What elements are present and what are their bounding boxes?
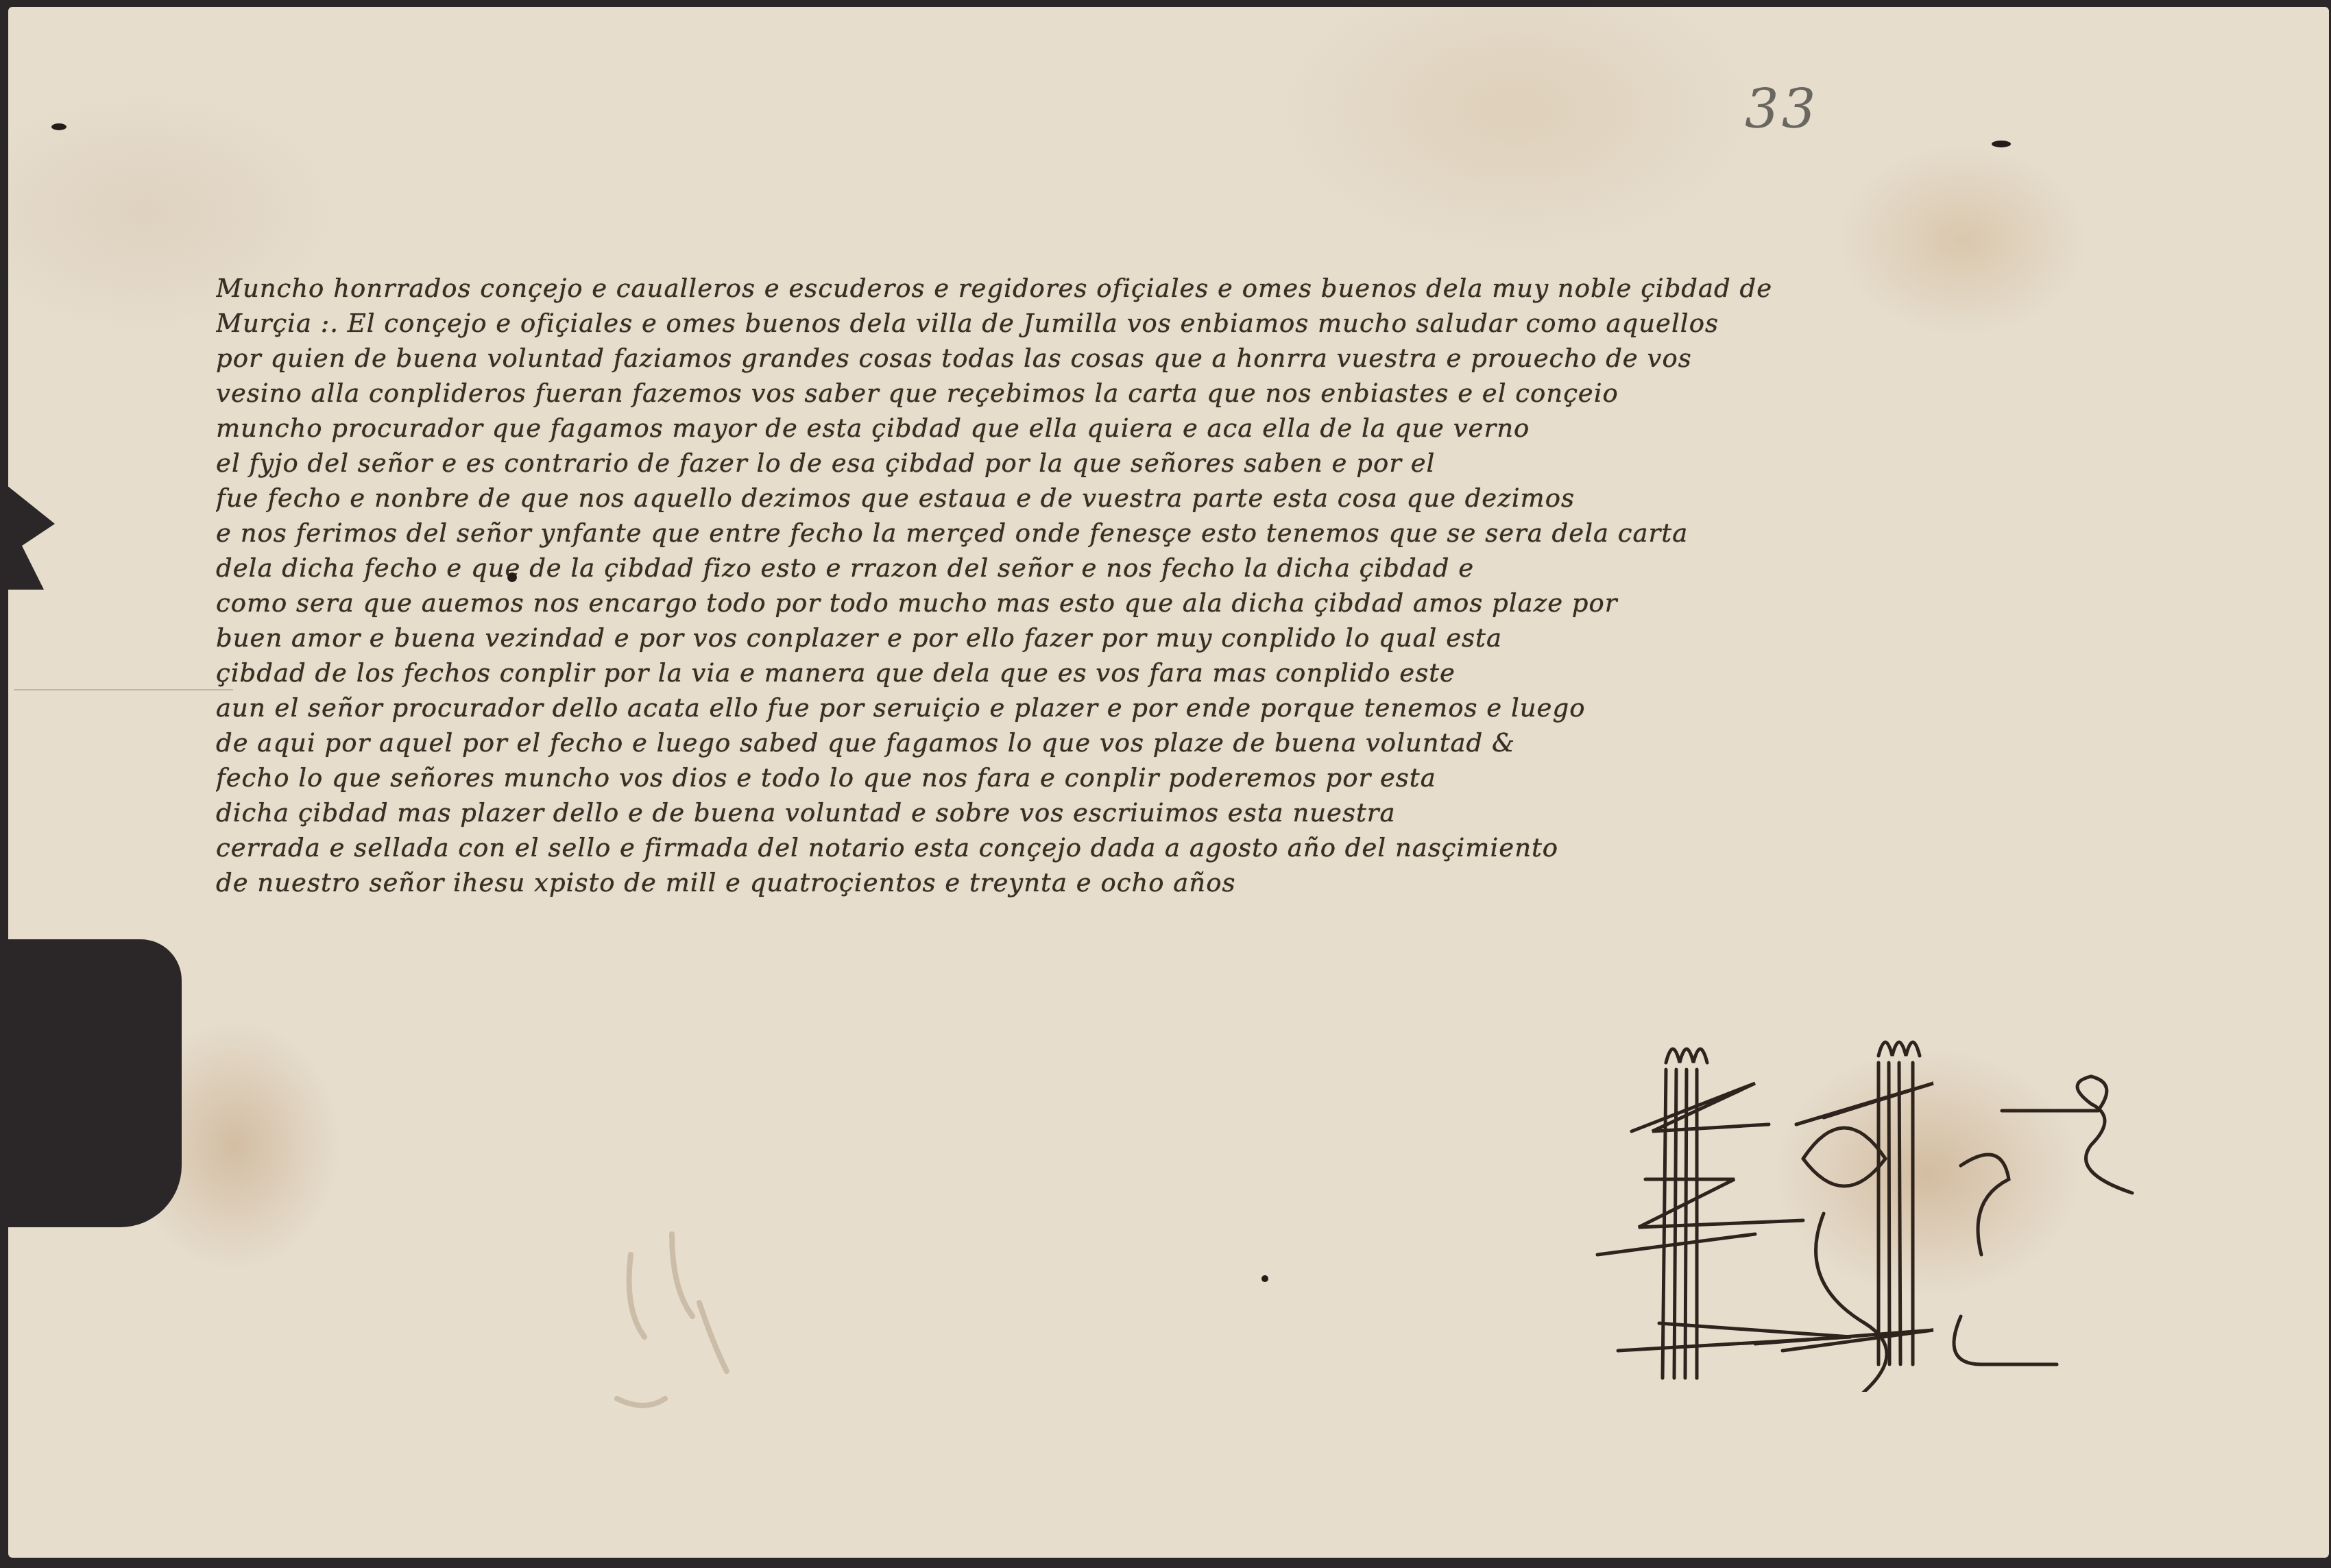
- faded-offset-marks: [603, 1193, 761, 1426]
- text-line: por quien de buena voluntad faziamos gra…: [216, 341, 2122, 376]
- text-line: dela dicha fecho e que de la çibdad fizo…: [216, 551, 2122, 586]
- folio-number: 33: [1745, 79, 1818, 141]
- text-line: buen amor e buena vezindad e por vos con…: [216, 620, 2122, 655]
- text-line: dicha çibdad mas plazer dello e de buena…: [216, 795, 2122, 830]
- ink-spot: [507, 572, 517, 582]
- text-line: fue fecho e nonbre de que nos aquello de…: [216, 481, 2122, 516]
- text-line: aun el señor procurador dello acata ello…: [216, 690, 2122, 725]
- text-line: fecho lo que señores muncho vos dios e t…: [216, 760, 2122, 795]
- text-line: e nos ferimos del señor ynfante que entr…: [216, 516, 2122, 551]
- torn-edge-lower-left: [0, 939, 182, 1227]
- text-line: como sera que auemos nos encargo todo po…: [216, 586, 2122, 620]
- text-line: cerrada e sellada con el sello e firmada…: [216, 830, 2122, 865]
- ink-spot: [51, 123, 67, 130]
- text-line: Murçia :. El conçejo e ofiçiales e omes …: [216, 306, 2122, 341]
- manuscript-scan: 33 Muncho honrrados conçejo e caualleros…: [0, 0, 2331, 1568]
- text-line: el fyjo del señor e es contrario de faze…: [216, 446, 2122, 481]
- fold-crease: [14, 689, 233, 690]
- text-line: Muncho honrrados conçejo e caualleros e …: [216, 271, 2122, 306]
- royal-signature-icon: [1577, 1008, 2139, 1392]
- letter-body: Muncho honrrados conçejo e caualleros e …: [216, 271, 2122, 900]
- text-line: de nuestro señor ihesu xpisto de mill e …: [216, 865, 1519, 900]
- text-line: de aqui por aquel por el fecho e luego s…: [216, 725, 2122, 760]
- ink-spot: [1992, 141, 2011, 147]
- text-line: çibdad de los fechos conplir por la via …: [216, 655, 2122, 690]
- text-line: vesino alla conplideros fueran fazemos v…: [216, 376, 2122, 411]
- text-line: muncho procurador que fagamos mayor de e…: [216, 411, 2122, 446]
- ink-spot: [1261, 1275, 1268, 1282]
